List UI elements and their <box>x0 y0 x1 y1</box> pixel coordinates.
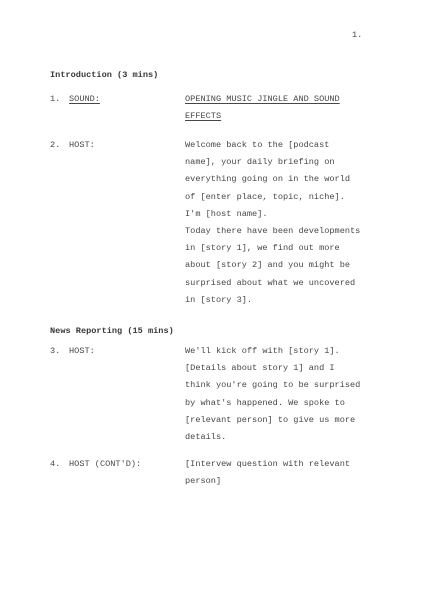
item-number: 3. <box>50 343 60 360</box>
speaker-label-host: HOST: <box>69 343 95 360</box>
page-number: 1. <box>352 27 362 44</box>
item-number: 2. <box>50 137 60 154</box>
item-number: 4. <box>50 456 60 473</box>
speaker-label-host: HOST: <box>69 137 95 154</box>
sound-direction-text: OPENING MUSIC JINGLE AND SOUND EFFECTS <box>185 91 340 125</box>
speaker-label-host-contd: HOST (CONT'D): <box>69 456 141 473</box>
section-heading-news-reporting: News Reporting (15 mins) <box>50 323 174 340</box>
script-document-page: 1. Introduction (3 mins) 1. SOUND: OPENI… <box>0 0 421 600</box>
section-heading-introduction: Introduction (3 mins) <box>50 67 158 84</box>
item-number: 1. <box>50 91 60 108</box>
host-intro-dialogue-text: Welcome back to the [podcast name], your… <box>185 137 360 309</box>
speaker-label-sound: SOUND: <box>69 91 100 108</box>
interview-question-text: [Intervew question with relevant person] <box>185 456 350 490</box>
host-news-dialogue-text: We'll kick off with [story 1]. [Details … <box>185 343 360 446</box>
